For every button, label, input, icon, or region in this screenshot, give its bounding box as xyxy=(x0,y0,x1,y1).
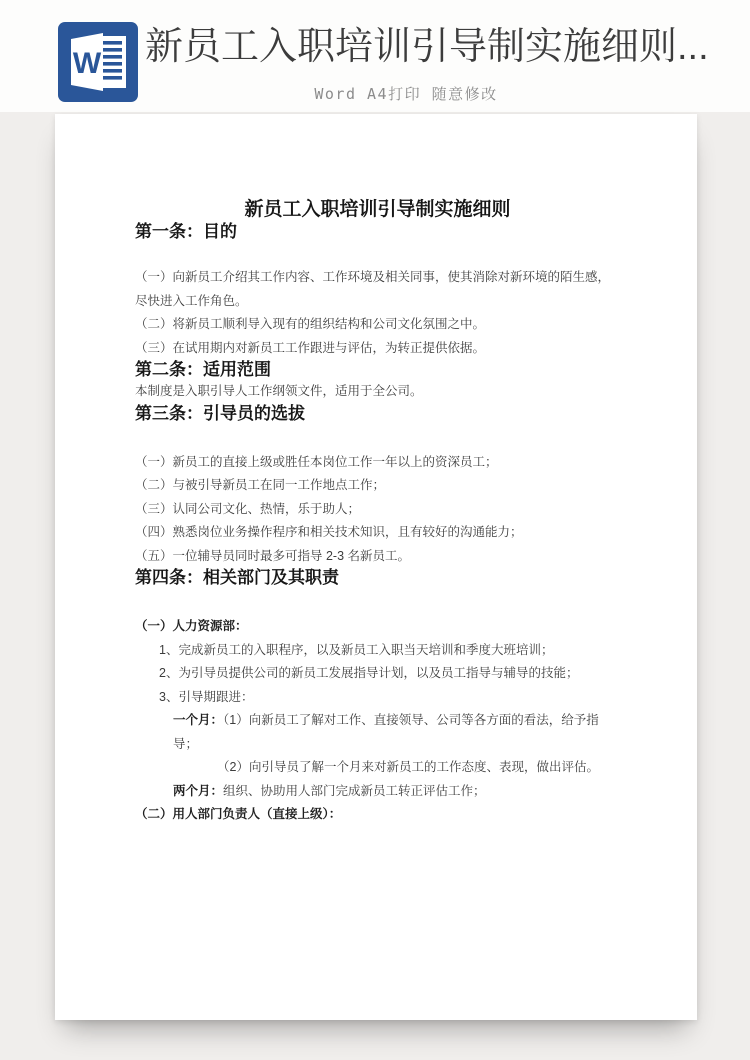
dept2-label: （二）用人部门负责人（直接上级）： xyxy=(135,803,620,827)
section1-heading: 第一条：目的 xyxy=(135,222,620,242)
section3-items: （一）新员工的直接上级或胜任本岗位工作一年以上的资深员工； （二）与被引导新员工… xyxy=(135,451,620,569)
file-preview-header: W 新员工入职培训引导制实施细则... Word A4打印 随意修改 xyxy=(0,0,750,112)
list-item: （一）向新员工介绍其工作内容、工作环境及相关同事，使其消除对新环境的陌生感，尽快… xyxy=(135,266,620,313)
month1-label: 一个月： xyxy=(173,713,223,727)
list-item: （三）认同公司文化、热情，乐于助人； xyxy=(135,498,620,522)
section2-body: 本制度是入职引导人工作纲领文件，适用于全公司。 xyxy=(135,380,620,404)
section1-items: （一）向新员工介绍其工作内容、工作环境及相关同事，使其消除对新环境的陌生感，尽快… xyxy=(135,266,620,360)
list-item: （二）将新员工顺利导入现有的组织结构和公司文化氛围之中。 xyxy=(135,313,620,337)
section4-heading: 第四条：相关部门及其职责 xyxy=(135,568,620,588)
document-content: 新员工入职培训引导制实施细则 第一条：目的 （一）向新员工介绍其工作内容、工作环… xyxy=(55,114,697,827)
numbered-item: 3、引导期跟进： xyxy=(135,686,620,710)
numbered-item: 1、完成新员工的入职程序，以及新员工入职当天培训和季度大班培训； xyxy=(135,639,620,663)
section4-content: （一）人力资源部： 1、完成新员工的入职程序，以及新员工入职当天培训和季度大班培… xyxy=(135,615,620,827)
list-item: （五）一位辅导员同时最多可指导 2-3 名新员工。 xyxy=(135,545,620,569)
month1-continuation: （2）向引导员了解一个月来对新员工的工作态度、表现，做出评估。 xyxy=(135,756,620,780)
svg-text:W: W xyxy=(73,47,102,80)
dept1-label: （一）人力资源部： xyxy=(135,615,620,639)
document-title: 新员工入职培训引导制实施细则 xyxy=(135,114,620,222)
list-item: （四）熟悉岗位业务操作程序和相关技术知识，且有较好的沟通能力； xyxy=(135,521,620,545)
month1-line: 一个月：（1）向新员工了解对工作、直接领导、公司等各方面的看法，给予指导； xyxy=(135,709,620,756)
document-page: 新员工入职培训引导制实施细则 第一条：目的 （一）向新员工介绍其工作内容、工作环… xyxy=(55,114,697,1020)
list-item: （三）在试用期内对新员工工作跟进与评估，为转正提供依据。 xyxy=(135,337,620,361)
file-title: 新员工入职培训引导制实施细则... xyxy=(145,23,745,71)
section2-heading: 第二条：适用范围 xyxy=(135,360,620,380)
month2-label: 两个月： xyxy=(173,784,223,798)
month1-text: （1）向新员工了解对工作、直接领导、公司等各方面的看法，给予指导； xyxy=(173,713,599,751)
numbered-item: 2、为引导员提供公司的新员工发展指导计划，以及员工指导与辅导的技能； xyxy=(135,662,620,686)
file-subtitle: Word A4打印 随意修改 xyxy=(62,83,750,104)
month2-text: 组织、协助用人部门完成新员工转正评估工作； xyxy=(223,784,486,798)
month2-line: 两个月：组织、协助用人部门完成新员工转正评估工作； xyxy=(135,780,620,804)
list-item: （一）新员工的直接上级或胜任本岗位工作一年以上的资深员工； xyxy=(135,451,620,475)
section3-heading: 第三条：引导员的选拔 xyxy=(135,404,620,424)
list-item: （二）与被引导新员工在同一工作地点工作； xyxy=(135,474,620,498)
